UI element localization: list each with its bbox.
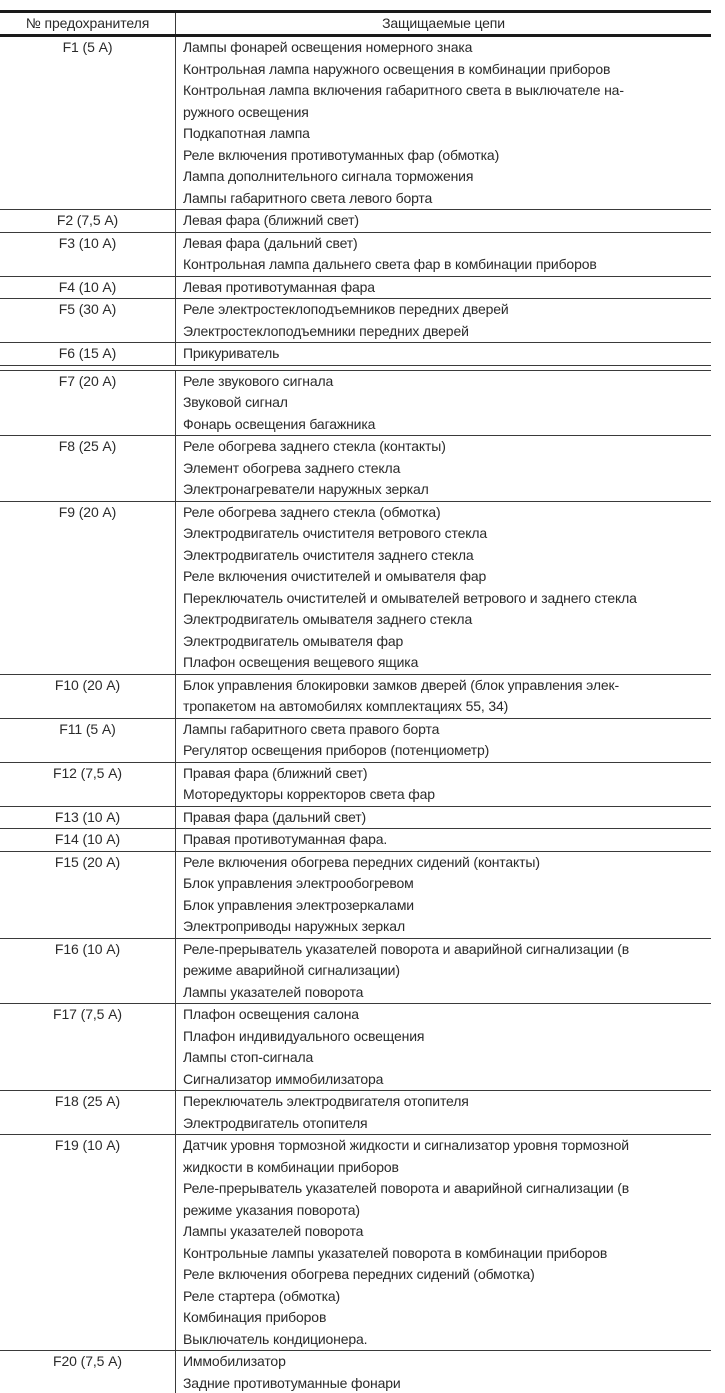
fuse-cell: F20 (7,5 А)	[0, 1351, 176, 1393]
fuse-cell: F8 (25 А)	[0, 436, 176, 501]
circuit-line: Комбинация приборов	[183, 1307, 711, 1329]
circuits-cell: Правая противотуманная фара.	[176, 829, 711, 851]
circuit-line: Прикуриватель	[183, 343, 711, 365]
circuits-cell: Реле обогрева заднего стекла (контакты)Э…	[176, 436, 711, 501]
fuse-cell: F4 (10 А)	[0, 277, 176, 299]
circuit-line: Контрольная лампа включения габаритного …	[183, 80, 711, 102]
circuit-line: ружного освещения	[183, 102, 711, 124]
circuit-line: тропакетом на автомобилях комплектациях …	[183, 696, 711, 718]
circuit-line: Реле обогрева заднего стекла (контакты)	[183, 436, 711, 458]
circuits-cell: Блок управления блокировки замков дверей…	[176, 675, 711, 718]
fuse-table: № предохранителя Защищаемые цепи F1 (5 А…	[0, 10, 711, 1393]
table-row: F18 (25 А)Переключатель электродвигателя…	[0, 1091, 711, 1135]
fuse-cell: F15 (20 А)	[0, 852, 176, 938]
circuit-line: Блок управления электрообогревом	[183, 873, 711, 895]
circuit-line: Блок управления электрозеркалами	[183, 895, 711, 917]
circuits-cell: Реле обогрева заднего стекла (обмотка)Эл…	[176, 502, 711, 674]
circuits-cell: Плафон освещения салонаПлафон индивидуал…	[176, 1004, 711, 1090]
table-row: F9 (20 А)Реле обогрева заднего стекла (о…	[0, 502, 711, 675]
circuit-line: Левая фара (ближний свет)	[183, 210, 711, 232]
circuit-line: Плафон освещения вещевого ящика	[183, 652, 711, 674]
circuits-cell: Датчик уровня тормозной жидкости и сигна…	[176, 1135, 711, 1350]
circuit-line: Электродвигатель омывателя заднего стекл…	[183, 609, 711, 631]
table-row: F3 (10 А)Левая фара (дальний свет)Контро…	[0, 233, 711, 277]
table-row: F17 (7,5 А)Плафон освещения салонаПлафон…	[0, 1004, 711, 1091]
fuse-cell: F7 (20 А)	[0, 371, 176, 436]
fuse-cell: F17 (7,5 А)	[0, 1004, 176, 1090]
table-row: F11 (5 А)Лампы габаритного света правого…	[0, 719, 711, 763]
fuse-cell: F6 (15 А)	[0, 343, 176, 365]
circuits-cell: Левая противотуманная фара	[176, 277, 711, 299]
table-row: F16 (10 А)Реле-прерыватель указателей по…	[0, 939, 711, 1005]
table-row: F10 (20 А)Блок управления блокировки зам…	[0, 675, 711, 719]
header-fuse-number: № предохранителя	[0, 13, 176, 34]
circuit-line: Контрольная лампа дальнего света фар в к…	[183, 254, 711, 276]
circuits-cell: Реле звукового сигналаЗвуковой сигналФон…	[176, 371, 711, 436]
circuit-line: Электронагреватели наружных зеркал	[183, 479, 711, 501]
circuits-cell: Переключатель электродвигателя отопителя…	[176, 1091, 711, 1134]
circuit-line: Левая противотуманная фара	[183, 277, 711, 299]
fuse-cell: F16 (10 А)	[0, 939, 176, 1004]
circuit-line: Плафон индивидуального освещения	[183, 1026, 711, 1048]
circuit-line: Задние противотуманные фонари	[183, 1373, 711, 1393]
circuit-line: Реле стартера (обмотка)	[183, 1286, 711, 1308]
circuit-line: Реле включения обогрева передних сидений…	[183, 852, 711, 874]
fuse-cell: F5 (30 А)	[0, 299, 176, 342]
fuse-cell: F2 (7,5 А)	[0, 210, 176, 232]
circuit-line: Правая фара (ближний свет)	[183, 763, 711, 785]
header-protected-circuits: Защищаемые цепи	[176, 13, 711, 34]
table-row: F2 (7,5 А)Левая фара (ближний свет)	[0, 210, 711, 233]
circuit-line: Левая фара (дальний свет)	[183, 233, 711, 255]
table-row: F4 (10 А)Левая противотуманная фара	[0, 277, 711, 300]
circuit-line: Блок управления блокировки замков дверей…	[183, 675, 711, 697]
table-row: F20 (7,5 А)ИммобилизаторЗадние противоту…	[0, 1351, 711, 1393]
circuits-cell: ИммобилизаторЗадние противотуманные фона…	[176, 1351, 711, 1393]
circuit-line: Электродвигатель очистителя заднего стек…	[183, 545, 711, 567]
circuit-line: Переключатель электродвигателя отопителя	[183, 1091, 711, 1113]
fuse-cell: F3 (10 А)	[0, 233, 176, 276]
circuit-line: Иммобилизатор	[183, 1351, 711, 1373]
table-row: F6 (15 А)Прикуриватель	[0, 343, 711, 366]
circuit-line: Электродвигатель отопителя	[183, 1113, 711, 1135]
circuit-line: Выключатель кондиционера.	[183, 1329, 711, 1351]
circuits-cell: Левая фара (дальний свет)Контрольная лам…	[176, 233, 711, 276]
fuse-cell: F13 (10 А)	[0, 807, 176, 829]
table-body: F1 (5 А)Лампы фонарей освещения номерног…	[0, 37, 711, 1393]
circuit-line: Контрольная лампа наружного освещения в …	[183, 59, 711, 81]
circuit-line: Реле включения очистителей и омывателя ф…	[183, 566, 711, 588]
table-row: F19 (10 А)Датчик уровня тормозной жидкос…	[0, 1135, 711, 1351]
fuse-cell: F1 (5 А)	[0, 37, 176, 209]
circuit-line: жидкости в комбинации приборов	[183, 1157, 711, 1179]
circuit-line: Лампы фонарей освещения номерного знака	[183, 37, 711, 59]
circuit-line: Звуковой сигнал	[183, 392, 711, 414]
circuit-line: Контрольные лампы указателей поворота в …	[183, 1243, 711, 1265]
circuit-line: Реле-прерыватель указателей поворота и а…	[183, 1178, 711, 1200]
table-row: F15 (20 А)Реле включения обогрева передн…	[0, 852, 711, 939]
fuse-cell: F19 (10 А)	[0, 1135, 176, 1350]
circuit-line: Лампы габаритного света левого борта	[183, 188, 711, 210]
circuit-line: Реле обогрева заднего стекла (обмотка)	[183, 502, 711, 524]
table-header: № предохранителя Защищаемые цепи	[0, 13, 711, 37]
table-row: F7 (20 А)Реле звукового сигналаЗвуковой …	[0, 370, 711, 437]
circuits-cell: Реле электростеклоподъемников передних д…	[176, 299, 711, 342]
circuit-line: Подкапотная лампа	[183, 123, 711, 145]
circuit-line: Моторедукторы корректоров света фар	[183, 784, 711, 806]
circuit-line: Фонарь освещения багажника	[183, 414, 711, 436]
circuits-cell: Прикуриватель	[176, 343, 711, 365]
table-row: F8 (25 А)Реле обогрева заднего стекла (к…	[0, 436, 711, 502]
fuse-cell: F14 (10 А)	[0, 829, 176, 851]
circuit-line: Электродвигатель очистителя ветрового ст…	[183, 523, 711, 545]
circuit-line: режиме указания поворота)	[183, 1200, 711, 1222]
circuit-line: режиме аварийной сигнализации)	[183, 960, 711, 982]
circuit-line: Лампа дополнительного сигнала торможения	[183, 166, 711, 188]
circuits-cell: Правая фара (ближний свет)Моторедукторы …	[176, 763, 711, 806]
circuits-cell: Лампы фонарей освещения номерного знакаК…	[176, 37, 711, 209]
circuit-line: Плафон освещения салона	[183, 1004, 711, 1026]
circuit-line: Переключатель очистителей и омывателей в…	[183, 588, 711, 610]
circuit-line: Реле включения обогрева передних сидений…	[183, 1264, 711, 1286]
circuit-line: Лампы указателей поворота	[183, 982, 711, 1004]
circuit-line: Реле электростеклоподъемников передних д…	[183, 299, 711, 321]
circuit-line: Лампы стоп-сигнала	[183, 1047, 711, 1069]
circuit-line: Электроприводы наружных зеркал	[183, 916, 711, 938]
circuit-line: Электродвигатель омывателя фар	[183, 631, 711, 653]
circuit-line: Реле звукового сигнала	[183, 371, 711, 393]
circuit-line: Регулятор освещения приборов (потенциоме…	[183, 740, 711, 762]
fuse-cell: F18 (25 А)	[0, 1091, 176, 1134]
table-row: F14 (10 А)Правая противотуманная фара.	[0, 829, 711, 852]
fuse-cell: F12 (7,5 А)	[0, 763, 176, 806]
table-row: F12 (7,5 А)Правая фара (ближний свет)Мот…	[0, 763, 711, 807]
circuits-cell: Реле включения обогрева передних сидений…	[176, 852, 711, 938]
fuse-cell: F9 (20 А)	[0, 502, 176, 674]
circuits-cell: Левая фара (ближний свет)	[176, 210, 711, 232]
circuit-line: Электростеклоподъемники передних дверей	[183, 321, 711, 343]
table-row: F5 (30 А)Реле электростеклоподъемников п…	[0, 299, 711, 343]
circuit-line: Элемент обогрева заднего стекла	[183, 458, 711, 480]
circuit-line: Реле включения противотуманных фар (обмо…	[183, 145, 711, 167]
fuse-cell: F10 (20 А)	[0, 675, 176, 718]
circuit-line: Сигнализатор иммобилизатора	[183, 1069, 711, 1091]
table-row: F1 (5 А)Лампы фонарей освещения номерног…	[0, 37, 711, 210]
circuit-line: Датчик уровня тормозной жидкости и сигна…	[183, 1135, 711, 1157]
table-row: F13 (10 А)Правая фара (дальний свет)	[0, 807, 711, 830]
circuit-line: Реле-прерыватель указателей поворота и а…	[183, 939, 711, 961]
circuit-line: Правая фара (дальний свет)	[183, 807, 711, 829]
circuit-line: Лампы габаритного света правого борта	[183, 719, 711, 741]
circuits-cell: Правая фара (дальний свет)	[176, 807, 711, 829]
circuit-line: Правая противотуманная фара.	[183, 829, 711, 851]
circuit-line: Лампы указателей поворота	[183, 1221, 711, 1243]
circuits-cell: Лампы габаритного света правого бортаРег…	[176, 719, 711, 762]
fuse-cell: F11 (5 А)	[0, 719, 176, 762]
circuits-cell: Реле-прерыватель указателей поворота и а…	[176, 939, 711, 1004]
